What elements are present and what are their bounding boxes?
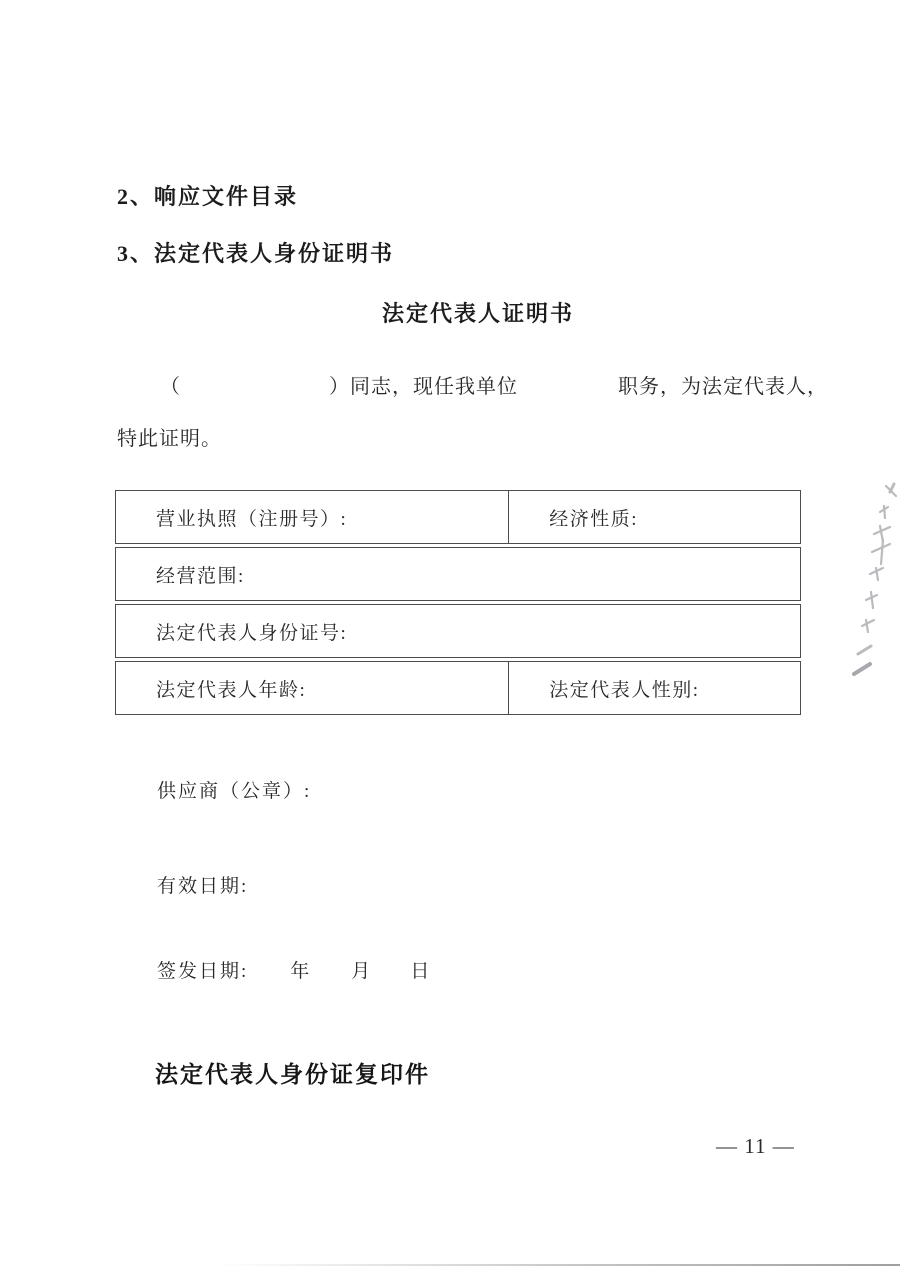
issue-date-line: 签发日期:年月日 [157, 956, 431, 983]
statement-after-blank: ）同志，现任我单位 [329, 376, 518, 398]
month-label: 月 [351, 961, 372, 982]
statement-open-paren: （ [160, 376, 181, 398]
year-label: 年 [290, 961, 311, 982]
legal-rep-id-cell: 法定代表人身份证号: [116, 605, 800, 657]
legal-rep-info-table: 营业执照（注册号）: 经济性质: 经营范围: 法定代表人身份证号: 法定代表人年… [115, 490, 801, 718]
legal-rep-age-cell: 法定代表人年龄: [116, 662, 509, 714]
statement-tail: 职务，为法定代表人， [618, 376, 828, 398]
day-label: 日 [410, 961, 431, 982]
toc-item-2: 2、响应文件目录 [117, 180, 298, 211]
scan-edge-artifact [215, 1264, 900, 1266]
table-row: 营业执照（注册号）: 经济性质: [115, 490, 801, 544]
table-row: 经营范围: [115, 547, 801, 601]
document-page: 2、响应文件目录 3、法定代表人身份证明书 法定代表人证明书 （）同志，现任我单… [0, 0, 900, 1272]
certificate-statement-line2: 特此证明。 [117, 422, 222, 451]
certificate-title: 法定代表人证明书 [156, 297, 800, 328]
table-row: 法定代表人身份证号: [115, 604, 801, 658]
margin-scribble [850, 478, 900, 698]
economic-nature-cell: 经济性质: [509, 491, 800, 543]
table-row: 法定代表人年龄: 法定代表人性别: [115, 661, 801, 715]
page-number: — 11 — [716, 1134, 795, 1159]
business-scope-cell: 经营范围: [116, 548, 800, 600]
certificate-statement-line1: （）同志，现任我单位职务，为法定代表人， [160, 370, 828, 399]
supplier-seal-label: 供应商（公章）: [157, 776, 311, 803]
toc-item-3: 3、法定代表人身份证明书 [117, 237, 394, 268]
legal-rep-gender-cell: 法定代表人性别: [509, 662, 800, 714]
valid-date-label: 有效日期: [157, 871, 248, 898]
attachment-heading: 法定代表人身份证复印件 [155, 1056, 430, 1089]
issue-date-label: 签发日期: [157, 961, 248, 982]
business-license-cell: 营业执照（注册号）: [116, 491, 509, 543]
